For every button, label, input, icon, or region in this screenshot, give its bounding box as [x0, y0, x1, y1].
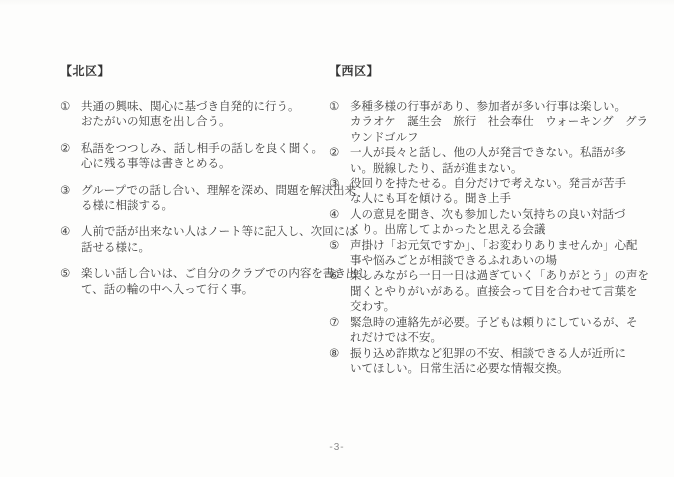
- item-text-line: 緊急時の連絡先が必要。子どもは頼りにしているが、そ: [350, 316, 638, 331]
- item-number: ⑤: [329, 239, 350, 254]
- item-number: ⑧: [329, 347, 350, 362]
- item-text-line: 交わす。: [350, 300, 649, 315]
- item-text-line: 人前で話が出来ない人はノート等に記入し、次回には: [81, 225, 357, 240]
- item-text-line: 聞くとやりがいがある。直接会って目を合わせて言葉を: [350, 285, 649, 300]
- item-text-line: いてほしい。日常生活に必要な情報交換。: [350, 362, 626, 377]
- item-number: ①: [60, 100, 81, 115]
- page-number: -3-: [0, 442, 674, 453]
- item-text: 人前で話が出来ない人はノート等に記入し、次回には話せる様に。: [81, 225, 357, 256]
- item-text: 一人が長々と話し、他の人が発言できない。私語が多い。脱線したり、話が進まない。: [350, 146, 626, 177]
- section-title-north: 【北区】: [60, 62, 318, 79]
- item-text: 声掛け「お元気ですか」、「お変わりありませんか」心配事や悩みごとが相談できるふれ…: [350, 239, 638, 270]
- item-number: ③: [329, 177, 350, 192]
- item-number: ⑤: [60, 267, 81, 282]
- item-text-line: 話せる様に。: [81, 241, 357, 256]
- item-text: 人の意見を聞き、次も参加したい気持ちの良い対話づくり。出席してよかったと思える会…: [350, 208, 626, 239]
- list-item: ③役回りを持たせる。自分だけで考えない。発言が苦手な人にも耳を傾ける。聞き上手: [329, 177, 623, 208]
- item-text-line: グループでの話し合い、理解を深め、問題を解決出来: [81, 184, 356, 199]
- item-text-line: な人にも耳を傾ける。聞き上手: [350, 192, 626, 207]
- item-number: ③: [60, 184, 81, 199]
- item-text-line: て、話の輪の中へ入って行く事。: [81, 283, 369, 298]
- list-item: ①共通の興味、関心に基づき自発的に行う。おたがいの知恵を出し合う。: [60, 100, 318, 131]
- item-text-line: 多種多様の行事があり、参加者が多い行事は楽しい。: [350, 100, 648, 115]
- section-title-west: 【西区】: [329, 62, 623, 79]
- item-text-line: 役回りを持たせる。自分だけで考えない。発言が苦手: [350, 177, 626, 192]
- list-item: ②一人が長々と話し、他の人が発言できない。私語が多い。脱線したり、話が進まない。: [329, 146, 623, 177]
- item-text: 緊急時の連絡先が必要。子どもは頼りにしているが、それだけでは不安。: [350, 316, 638, 347]
- list-item: ⑦緊急時の連絡先が必要。子どもは頼りにしているが、それだけでは不安。: [329, 316, 623, 347]
- section-north-items: ①共通の興味、関心に基づき自発的に行う。おたがいの知恵を出し合う。②私語をつつし…: [60, 100, 318, 298]
- item-text-line: くり。出席してよかったと思える会議: [350, 223, 626, 238]
- section-west-items: ①多種多様の行事があり、参加者が多い行事は楽しい。カラオケ 誕生会 旅行 社会奉…: [329, 100, 623, 377]
- item-number: ②: [60, 142, 81, 157]
- item-text-line: 一人が長々と話し、他の人が発言できない。私語が多: [350, 146, 626, 161]
- item-text: 役回りを持たせる。自分だけで考えない。発言が苦手な人にも耳を傾ける。聞き上手: [350, 177, 626, 208]
- item-text-line: 楽しみながら一日一日は過ぎていく「ありがとう」の声を: [350, 269, 649, 284]
- item-number: ①: [329, 100, 350, 115]
- item-text-line: 事や悩みごとが相談できるふれあいの場: [350, 254, 638, 269]
- list-item: ④人前で話が出来ない人はノート等に記入し、次回には話せる様に。: [60, 225, 318, 256]
- section-north: 【北区】 ①共通の興味、関心に基づき自発的に行う。おたがいの知恵を出し合う。②私…: [60, 62, 318, 298]
- list-item: ①多種多様の行事があり、参加者が多い行事は楽しい。カラオケ 誕生会 旅行 社会奉…: [329, 100, 623, 146]
- item-text-line: ウンドゴルフ: [350, 131, 648, 146]
- item-text-line: カラオケ 誕生会 旅行 社会奉仕 ウォーキング グラ: [350, 115, 648, 130]
- item-text-line: 声掛け「お元気ですか」、「お変わりありませんか」心配: [350, 239, 638, 254]
- item-text: 楽しみながら一日一日は過ぎていく「ありがとう」の声を聞くとやりがいがある。直接会…: [350, 269, 649, 315]
- item-text: 振り込め詐欺など犯罪の不安、相談できる人が近所にいてほしい。日常生活に必要な情報…: [350, 347, 626, 378]
- item-text-line: 私語をつつしみ、話し相手の話しを良く聞く。: [81, 142, 323, 157]
- item-text: 私語をつつしみ、話し相手の話しを良く聞く。心に残る事等は書きとめる。: [81, 142, 323, 173]
- item-text-line: る様に相談する。: [81, 199, 356, 214]
- item-text-line: 人の意見を聞き、次も参加したい気持ちの良い対話づ: [350, 208, 626, 223]
- list-item: ⑥楽しみながら一日一日は過ぎていく「ありがとう」の声を聞くとやりがいがある。直接…: [329, 269, 623, 315]
- list-item: ⑤楽しい話し合いは、ご自分のクラブでの内容を書き出して、話の輪の中へ入って行く事…: [60, 267, 318, 298]
- item-text: 共通の興味、関心に基づき自発的に行う。おたがいの知恵を出し合う。: [81, 100, 318, 131]
- item-number: ④: [60, 225, 81, 240]
- item-number: ⑦: [329, 316, 350, 331]
- item-text-line: 心に残る事等は書きとめる。: [81, 157, 323, 172]
- list-item: ⑤声掛け「お元気ですか」、「お変わりありませんか」心配事や悩みごとが相談できるふ…: [329, 239, 623, 270]
- item-text: 楽しい話し合いは、ご自分のクラブでの内容を書き出して、話の輪の中へ入って行く事。: [81, 267, 369, 298]
- item-number: ④: [329, 208, 350, 223]
- list-item: ③グループでの話し合い、理解を深め、問題を解決出来る様に相談する。: [60, 184, 318, 215]
- section-west: 【西区】 ①多種多様の行事があり、参加者が多い行事は楽しい。カラオケ 誕生会 旅…: [329, 62, 623, 377]
- item-number: ⑥: [329, 269, 350, 284]
- document-page: 【北区】 ①共通の興味、関心に基づき自発的に行う。おたがいの知恵を出し合う。②私…: [0, 0, 674, 477]
- item-text: グループでの話し合い、理解を深め、問題を解決出来る様に相談する。: [81, 184, 356, 215]
- item-text-line: 振り込め詐欺など犯罪の不安、相談できる人が近所に: [350, 347, 626, 362]
- list-item: ②私語をつつしみ、話し相手の話しを良く聞く。心に残る事等は書きとめる。: [60, 142, 318, 173]
- item-text-line: 共通の興味、関心に基づき自発的に行う。: [81, 100, 318, 115]
- item-text-line: れだけでは不安。: [350, 331, 638, 346]
- item-text-line: い。脱線したり、話が進まない。: [350, 162, 626, 177]
- item-text-line: おたがいの知恵を出し合う。: [81, 115, 318, 130]
- item-text: 多種多様の行事があり、参加者が多い行事は楽しい。カラオケ 誕生会 旅行 社会奉仕…: [350, 100, 648, 146]
- item-number: ②: [329, 146, 350, 161]
- item-text-line: 楽しい話し合いは、ご自分のクラブでの内容を書き出し: [81, 267, 369, 282]
- list-item: ④人の意見を聞き、次も参加したい気持ちの良い対話づくり。出席してよかったと思える…: [329, 208, 623, 239]
- list-item: ⑧振り込め詐欺など犯罪の不安、相談できる人が近所にいてほしい。日常生活に必要な情…: [329, 347, 623, 378]
